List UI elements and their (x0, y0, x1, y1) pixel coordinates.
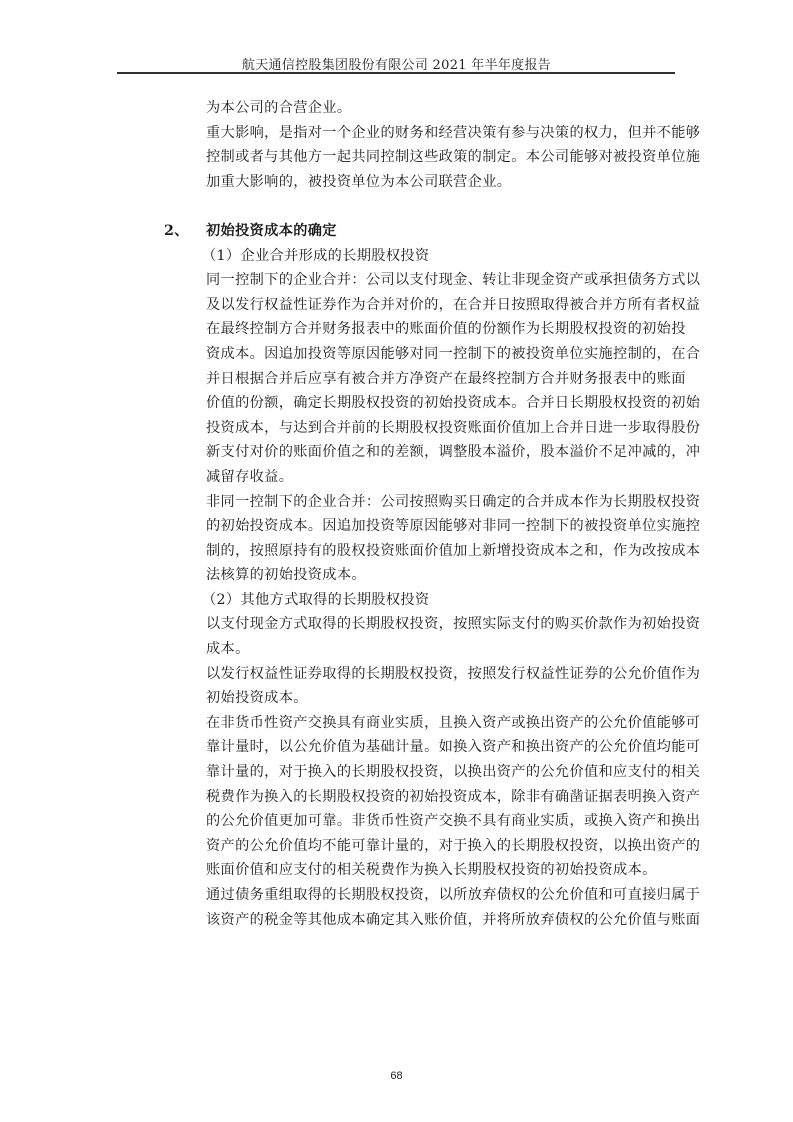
text-line: 法核算的初始投资成本。 (206, 563, 672, 588)
text-line: 该资产的税金等其他成本确定其入账价值，并将所放弃债权的公允价值与账面 (206, 908, 672, 933)
text-line: 靠计量的，对于换入的长期股权投资，以换出资产的公允价值和应支付的相关 (206, 760, 672, 785)
text-line: 成本。 (206, 637, 672, 662)
text-line: 减留存收益。 (206, 465, 672, 490)
text-line: 账面价值和应支付的相关税费作为换入长期股权投资的初始投资成本。 (206, 858, 672, 883)
subsection-title: （1）企业合并形成的长期股权投资 (202, 244, 672, 269)
text-line: 在最终控制方合并财务报表中的账面价值的份额作为长期股权投资的初始投 (206, 317, 672, 342)
text-line: 税费作为换入的长期股权投资的初始投资成本，除非有确凿证据表明换入资产 (206, 785, 672, 810)
text-line: 通过债务重组取得的长期股权投资，以所放弃债权的公允价值和可直接归属于 (206, 883, 672, 908)
text-line: 及以发行权益性证券作为合并对价的，在合并日按照取得被合并方所有者权益 (206, 293, 672, 318)
text-line: 价值的份额，确定长期股权投资的初始投资成本。合并日长期股权投资的初始 (206, 391, 672, 416)
text-line: 靠计量时，以公允价值为基础计量。如换入资产和换出资产的公允价值均能可 (206, 735, 672, 760)
text-line: 以支付现金方式取得的长期股权投资，按照实际支付的购买价款作为初始投资 (206, 612, 672, 637)
text-line: 控制或者与其他方一起共同控制这些政策的制定。本公司能够对被投资单位施 (206, 145, 672, 170)
subsection-1: （1）企业合并形成的长期股权投资 同一控制下的企业合并：公司以支付现金、转让非现… (206, 244, 672, 588)
text-line: 资成本。因追加投资等原因能够对同一控制下的被投资单位实施控制的，在合 (206, 342, 672, 367)
subsection-title: （2）其他方式取得的长期股权投资 (202, 588, 672, 613)
text-line: 为本公司的合营企业。 (206, 96, 672, 121)
page-body: 为本公司的合营企业。 重大影响，是指对一个企业的财务和经营决策有参与决策的权力，… (206, 96, 672, 932)
text-line: 资产的公允价值均不能可靠计量的，对于换入的长期股权投资，以换出资产的 (206, 834, 672, 859)
text-line: 加重大影响的，被投资单位为本公司联营企业。 (206, 170, 672, 195)
section-number: 2、 (164, 219, 189, 244)
text-line: 非同一控制下的企业合并：公司按照购买日确定的合并成本作为长期股权投资 (206, 490, 672, 515)
text-line: 初始投资成本。 (206, 686, 672, 711)
subsection-2: （2）其他方式取得的长期股权投资 以支付现金方式取得的长期股权投资，按照实际支付… (206, 588, 672, 932)
text-line: 投资成本，与达到合并前的长期股权投资账面价值加上合并日进一步取得股份 (206, 416, 672, 441)
intro-paragraphs: 为本公司的合营企业。 重大影响，是指对一个企业的财务和经营决策有参与决策的权力，… (206, 96, 672, 194)
text-line: 以发行权益性证券取得的长期股权投资，按照发行权益性证券的公允价值作为 (206, 662, 672, 687)
text-line: 新支付对价的账面价值之和的差额，调整股本溢价，股本溢价不足冲减的，冲 (206, 440, 672, 465)
spacer (206, 194, 672, 219)
text-line: 重大影响，是指对一个企业的财务和经营决策有参与决策的权力，但并不能够 (206, 121, 672, 146)
text-line: 制的，按照原持有的股权投资账面价值加上新增投资成本之和，作为改按成本 (206, 539, 672, 564)
page-number: 68 (0, 1070, 793, 1082)
text-line: 并日根据合并后应享有被合并方净资产在最终控制方合并财务报表中的账面 (206, 367, 672, 392)
text-line: 同一控制下的企业合并：公司以支付现金、转让非现金资产或承担债务方式以 (206, 268, 672, 293)
text-line: 的公允价值更加可靠。非货币性资产交换不具有商业实质，或换入资产和换出 (206, 809, 672, 834)
header-rule (117, 72, 675, 74)
section-title: 初始投资成本的确定 (206, 223, 337, 239)
text-line: 在非货币性资产交换具有商业实质，且换入资产或换出资产的公允价值能够可 (206, 711, 672, 736)
text-line: 的初始投资成本。因追加投资等原因能够对非同一控制下的被投资单位实施控 (206, 514, 672, 539)
section-heading: 2、 初始投资成本的确定 (206, 219, 672, 244)
running-header: 航天通信控股集团股份有限公司 2021 年半年度报告 (0, 54, 793, 73)
